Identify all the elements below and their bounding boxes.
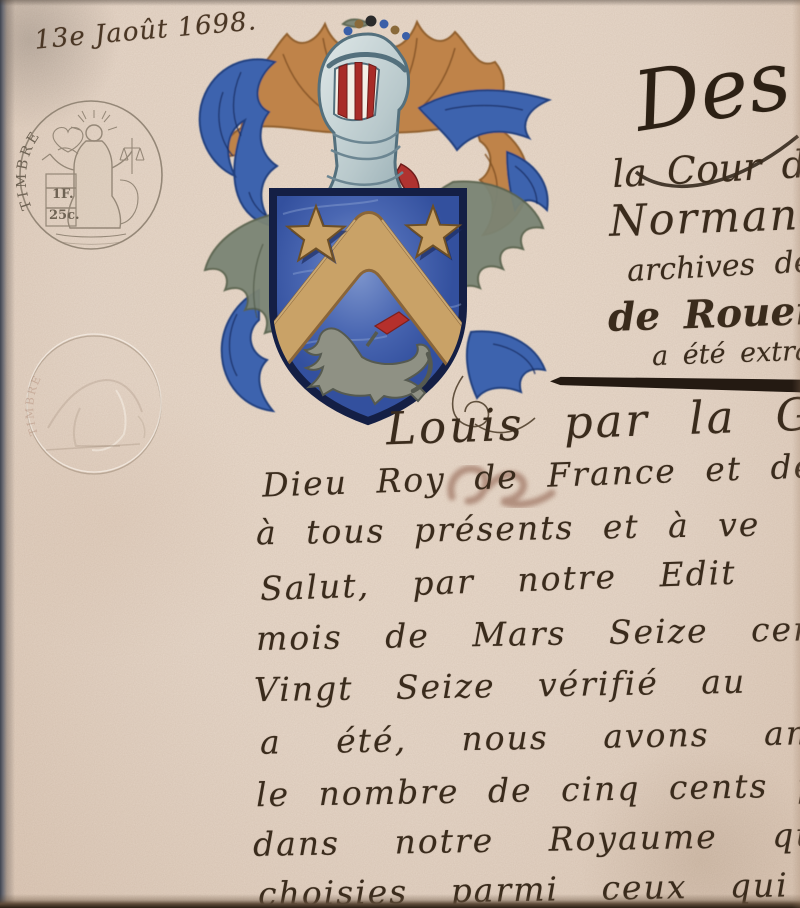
- heading-line-archives: archives de la: [626, 242, 800, 289]
- stamp-value-francs: 1F.: [52, 187, 74, 202]
- svg-text:TIMBRE: TIMBRE: [23, 372, 45, 437]
- scan-edge-left: [0, 0, 16, 908]
- stamp-value-centimes: 25c.: [49, 208, 80, 223]
- body-line: Salut, par notre Edit: [259, 553, 737, 609]
- scan-edge-bottom: [0, 894, 800, 908]
- body-line: a été, nous avons an: [260, 713, 800, 762]
- heading-line-extract: a été extrait: [652, 335, 800, 372]
- heading-line-region: Normandie,: [608, 187, 800, 247]
- shield: [267, 192, 469, 421]
- visor: [334, 63, 379, 121]
- embossed-seal-label: TIMBRE: [23, 372, 45, 437]
- heading-line-city: de Rouen,: [607, 287, 800, 341]
- body-line: dans notre Royaume qu: [253, 815, 800, 864]
- scan-edge-right: [792, 0, 800, 908]
- manuscript-page: 13e Jaoût 1698.: [0, 0, 800, 908]
- body-line: mois de Mars Seize cent: [256, 609, 800, 658]
- scan-edge-top: [0, 0, 800, 6]
- body-line: à tous présents et à ve: [256, 505, 761, 553]
- body-line: Vingt Seize vérifié au: [254, 662, 747, 710]
- embossed-seal: TIMBRE: [20, 330, 170, 482]
- timbre-stamp: TIMBRE 1F. 25c.: [16, 96, 166, 254]
- body-line: le nombre de cinq cents per: [256, 765, 800, 815]
